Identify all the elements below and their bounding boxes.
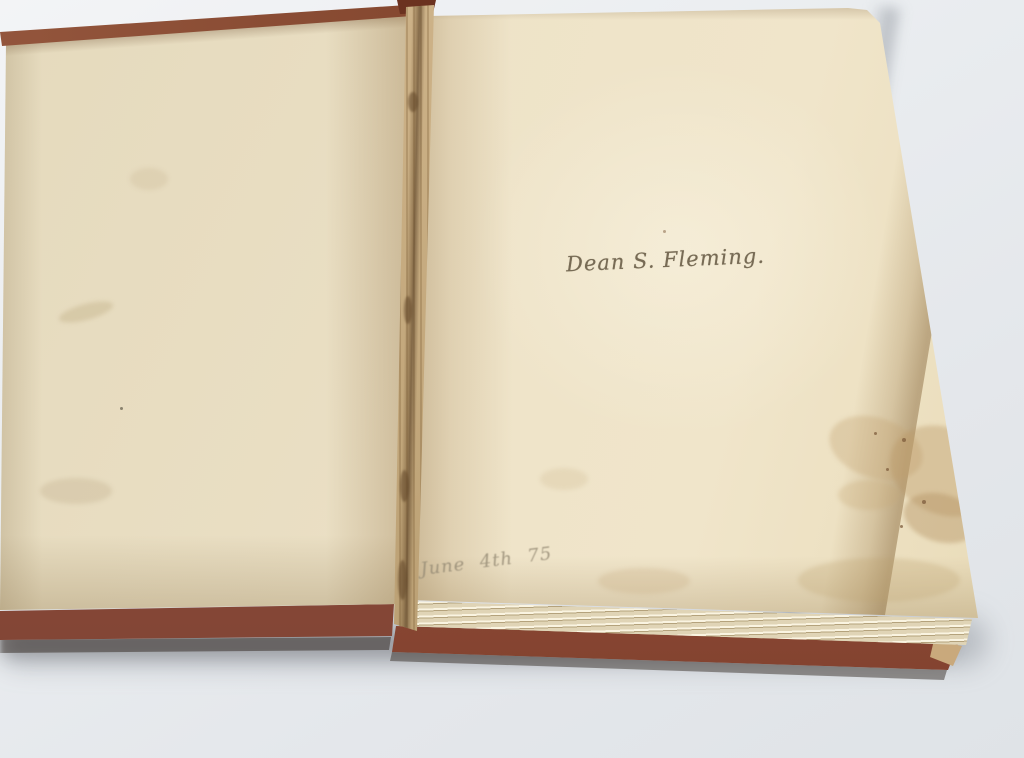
gutter-wear-mark — [400, 470, 409, 502]
gutter-wear-mark — [404, 296, 412, 324]
left-page-left-shading — [0, 40, 42, 620]
paper-speck — [120, 407, 123, 410]
foxing-stain — [540, 468, 588, 490]
right-page-top-shading — [415, 0, 990, 20]
left-page-bottom-shading — [0, 535, 410, 615]
foxing-stain — [40, 478, 112, 504]
foxing-stain — [838, 480, 900, 510]
foxing-stain — [57, 297, 115, 327]
foxing-stain — [798, 558, 960, 602]
paper-speck — [874, 432, 877, 435]
paper-speck — [902, 438, 906, 442]
paper-speck — [922, 500, 926, 504]
foxing-stain — [130, 168, 168, 190]
paper-speck — [900, 525, 903, 528]
foxing-stain — [598, 568, 690, 594]
paper-speck — [886, 468, 889, 471]
gutter-wear-mark — [398, 560, 407, 600]
gutter-wear-mark — [408, 92, 418, 112]
book-photo: DeanW Smith M.D. 120 W Washington Jackso… — [0, 0, 1024, 758]
paper-speck — [663, 230, 666, 233]
